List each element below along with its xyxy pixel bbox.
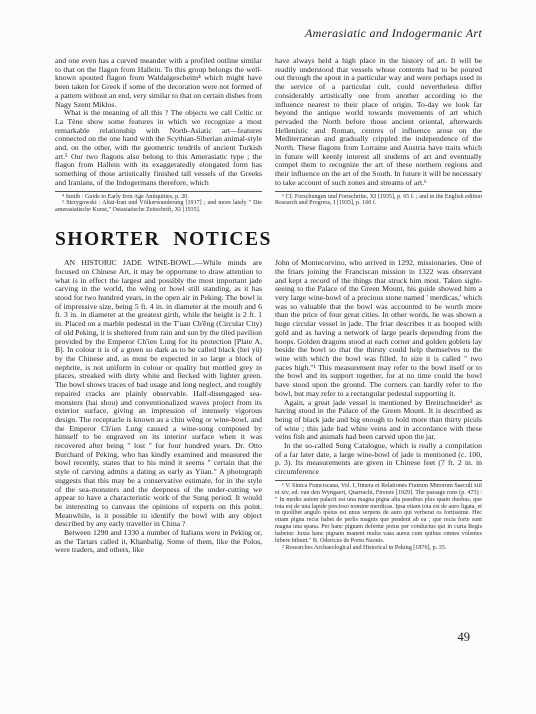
footnotes-right: ⁶ Cf. Forschungen und Fortschritte, XI [… <box>275 191 482 208</box>
notice-paragraph: Between 1290 and 1330 a number of Italia… <box>55 529 262 555</box>
footnote: ¹ V. Sinica Franciscana, Vol. I, Itinera… <box>275 483 482 545</box>
article-paragraph: and one even has a curved meander with a… <box>55 57 262 109</box>
footnote: ⁶ Cf. Forschungen und Fortschritte, XI [… <box>275 194 482 208</box>
article-paragraph: What is the meaning of all this ? The ob… <box>55 109 262 187</box>
article-continuation-row: and one even has a curved meander with a… <box>55 57 482 214</box>
notices-right-column: John of Montecorvino, who arrived in 129… <box>275 259 482 552</box>
footnote: ² Researches Archaeological and Historic… <box>275 545 482 552</box>
section-heading: SHORTER NOTICES <box>55 229 482 251</box>
page-content: Amerasiatic and Indogermanic Art and one… <box>55 26 482 555</box>
article-left-column: and one even has a curved meander with a… <box>55 57 262 214</box>
notice-paragraph: AN HISTORIC JADE WINE-BOWL.—While minds … <box>55 259 262 529</box>
running-head: Amerasiatic and Indogermanic Art <box>55 26 482 41</box>
footnote: ⁵ Strzygowski : Altai-Iran und Völkerwan… <box>55 200 262 214</box>
notices-left-column: AN HISTORIC JADE WINE-BOWL.—While minds … <box>55 259 262 555</box>
footnotes-notices-right: ¹ V. Sinica Franciscana, Vol. I, Itinera… <box>275 480 482 552</box>
article-paragraph: have always held a high place in the his… <box>275 57 482 188</box>
notice-paragraph: In the so-called Sung Catalogue, which i… <box>275 442 482 477</box>
section-heading-row: SHORTER NOTICES <box>55 229 482 251</box>
shorter-notices-row: AN HISTORIC JADE WINE-BOWL.—While minds … <box>55 259 482 555</box>
notice-paragraph: John of Montecorvino, who arrived in 129… <box>275 259 482 398</box>
footnotes-left: ⁴ Smith : Guide to Early Iron Age Antiqu… <box>55 191 262 215</box>
notice-paragraph: Again, a great jade vessel is mentioned … <box>275 399 482 443</box>
journal-page: Amerasiatic and Indogermanic Art and one… <box>0 0 536 714</box>
page-number: 49 <box>0 630 470 645</box>
article-right-column: have always held a high place in the his… <box>275 57 482 207</box>
